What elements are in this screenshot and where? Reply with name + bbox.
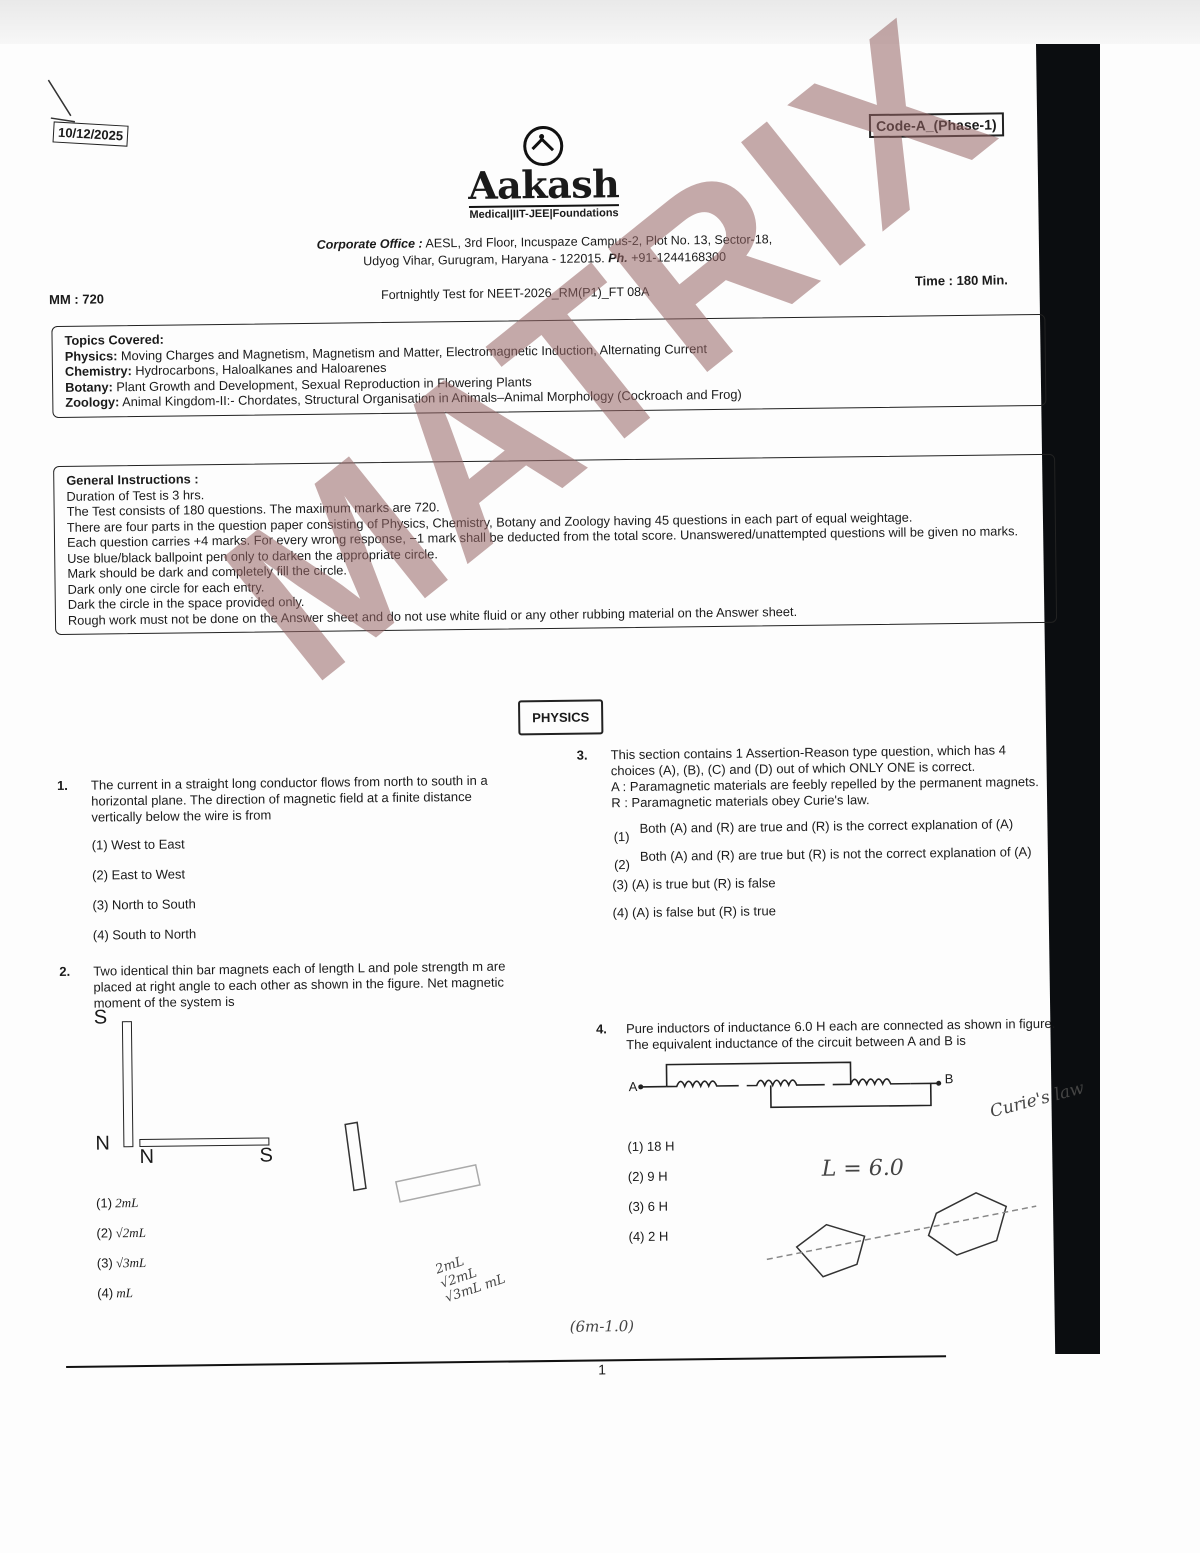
corporate-office: Corporate Office : AESL, 3rd Floor, Incu…	[254, 230, 834, 271]
handwritten-note: L = 6.0	[822, 1156, 904, 1182]
question-paper-page: 10/12/2025 Code-A_(Phase-1) Aakash Medic…	[0, 0, 1200, 1553]
footer-rule	[66, 1355, 946, 1368]
brand-tagline: Medical|IIT-JEE|Foundations	[469, 204, 618, 221]
option-1: (1)Both (A) and (R) are true and (R) is …	[611, 816, 1041, 837]
option-4: (4) 2 H	[628, 1224, 1066, 1259]
brand-name: Aakash	[433, 165, 653, 206]
question-number: 2.	[59, 964, 70, 980]
option-3: (3) (A) is true but (R) is false	[612, 872, 1042, 893]
test-duration: Time : 180 Min.	[915, 272, 1008, 288]
test-title: Fortnightly Test for NEET-2026_RM(P1)_FT…	[381, 285, 650, 302]
question-1: 1. The current in a straight long conduc…	[91, 772, 525, 957]
question-3: 3. This section contains 1 Assertion-Rea…	[611, 742, 1043, 933]
handwritten-note: (6m-1.0)	[570, 1317, 635, 1336]
question-text: The current in a straight long conductor…	[91, 772, 524, 825]
pole-label: N	[139, 1149, 154, 1165]
pole-label: S	[259, 1147, 273, 1163]
corporate-office-line2: Udyog Vihar, Gurugram, Haryana - 122015.	[363, 251, 605, 268]
question-text: Two identical thin bar magnets each of l…	[93, 958, 534, 1011]
question-text: Pure inductors of inductance 6.0 H each …	[626, 1016, 1064, 1053]
phone-label: Ph.	[608, 251, 628, 265]
date-stamp: 10/12/2025	[53, 121, 129, 146]
brand-logo: Aakash Medical|IIT-JEE|Foundations	[433, 125, 654, 224]
pole-label: N	[95, 1135, 110, 1151]
option-4: (4) South to North	[93, 922, 525, 957]
question-number: 3.	[577, 748, 588, 764]
general-instructions-box: General Instructions : Duration of Test …	[53, 454, 1057, 635]
question-number: 4.	[596, 1021, 607, 1037]
options-list: (1) 18 H (2) 9 H (3) 6 H (4) 2 H	[627, 1134, 1066, 1259]
options-list: (1) West to East (2) East to West (3) No…	[92, 832, 525, 957]
aakash-logo-icon	[523, 126, 563, 166]
vertical-bar-magnet	[122, 1021, 134, 1147]
question-number: 1.	[57, 778, 68, 794]
terminal-label: A	[629, 1079, 638, 1095]
phone-number: +91-1244168300	[631, 250, 726, 265]
corporate-office-line1: AESL, 3rd Floor, Incuspaze Campus-2, Plo…	[425, 232, 772, 250]
circuit-diagram	[626, 1053, 967, 1121]
options-list: (1)Both (A) and (R) are true and (R) is …	[611, 816, 1042, 921]
option-4: (4) (A) is false but (R) is true	[613, 900, 1043, 921]
option-2: (2)Both (A) and (R) are true but (R) is …	[612, 844, 1042, 865]
topics-covered-box: Topics Covered: Physics: Moving Charges …	[51, 314, 1046, 418]
corporate-office-label: Corporate Office :	[317, 237, 423, 252]
pole-label: S	[94, 1009, 108, 1025]
paper-code: Code-A_(Phase-1)	[869, 112, 1004, 138]
max-marks: MM : 720	[49, 291, 104, 307]
page-number: 1	[598, 1361, 606, 1377]
section-heading-physics: PHYSICS	[518, 699, 603, 735]
terminal-label: B	[945, 1071, 954, 1087]
bar-magnets-figure: S N N S	[94, 1010, 536, 1165]
horizontal-bar-magnet	[139, 1137, 269, 1147]
question-4: 4. Pure inductors of inductance 6.0 H ea…	[626, 1016, 1067, 1259]
question-intro: This section contains 1 Assertion-Reason…	[611, 742, 1041, 779]
